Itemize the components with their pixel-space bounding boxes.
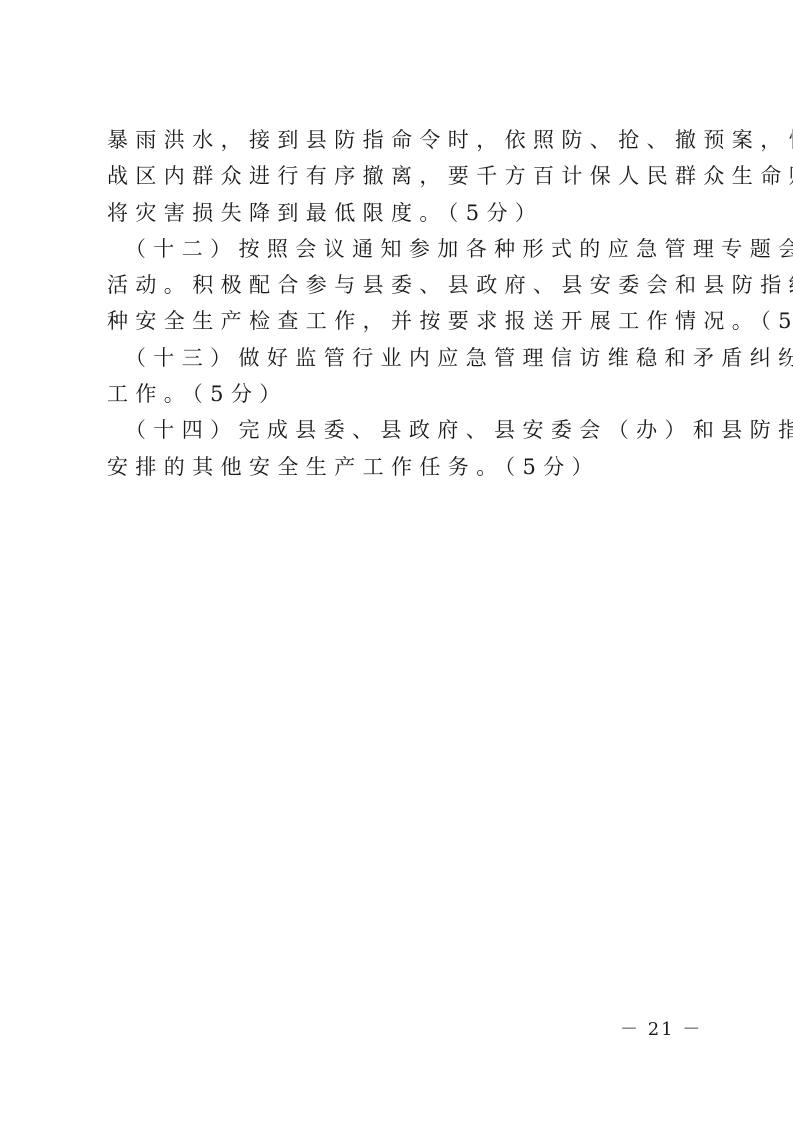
text-line: 种安全生产检查工作，并按要求报送开展工作情况。（5分） — [107, 303, 717, 339]
text-line: （十四）完成县委、县政府、县安委会（办）和县防指（办） — [107, 412, 717, 448]
document-body: 暴雨洪水，接到县防指命令时，依照防、抢、撤预案，快速组织 战区内群众进行有序撤离… — [107, 122, 717, 485]
paragraph-item-12: （十二）按照会议通知参加各种形式的应急管理专题会议和 活动。积极配合参与县委、县… — [107, 231, 717, 340]
page-number: － 21 － — [620, 1015, 702, 1041]
text-line: 安排的其他安全生产工作任务。（5分） — [107, 449, 717, 485]
text-line: 将灾害损失降到最低限度。（5分） — [107, 195, 717, 231]
paragraph-continuation: 暴雨洪水，接到县防指命令时，依照防、抢、撤预案，快速组织 战区内群众进行有序撤离… — [107, 122, 717, 231]
text-line: 活动。积极配合参与县委、县政府、县安委会和县防指组织的各 — [107, 267, 717, 303]
paragraph-item-13: （十三）做好监管行业内应急管理信访维稳和矛盾纠纷化解 工作。（5分） — [107, 340, 717, 413]
text-line: 暴雨洪水，接到县防指命令时，依照防、抢、撤预案，快速组织 — [107, 122, 717, 158]
text-line: （十二）按照会议通知参加各种形式的应急管理专题会议和 — [107, 231, 717, 267]
paragraph-item-14: （十四）完成县委、县政府、县安委会（办）和县防指（办） 安排的其他安全生产工作任… — [107, 412, 717, 485]
text-line: （十三）做好监管行业内应急管理信访维稳和矛盾纠纷化解 — [107, 340, 717, 376]
text-line: 战区内群众进行有序撤离，要千方百计保人民群众生命财产安全， — [107, 158, 717, 194]
text-line: 工作。（5分） — [107, 376, 717, 412]
